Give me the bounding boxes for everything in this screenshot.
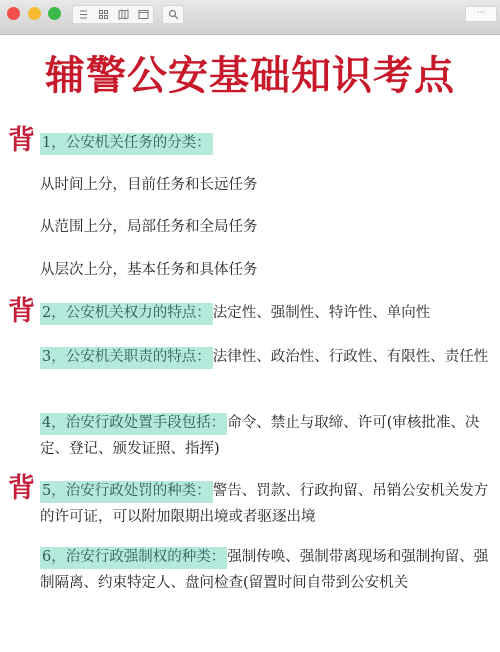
map-icon bbox=[118, 9, 129, 20]
search-icon bbox=[168, 9, 179, 20]
grid-view-button[interactable] bbox=[93, 6, 113, 23]
section-6: 6，治安行政强制权的种类：强制传唤、强制带离现场和强制拘留、强制隔离、约束特定人… bbox=[40, 544, 490, 596]
view-toggle-group bbox=[72, 5, 154, 24]
section-heading: 6，治安行政强制权的种类： bbox=[40, 547, 227, 569]
section-3: 3，公安机关职责的特点：法律性、政治性、行政性、有限性、责任性 bbox=[40, 344, 490, 370]
list-icon bbox=[78, 9, 89, 20]
map-view-button[interactable] bbox=[113, 6, 133, 23]
window-view-button[interactable] bbox=[133, 6, 153, 23]
section-body: 法律性、政治性、行政性、有限性、责任性 bbox=[213, 349, 489, 365]
memorize-marker: 背 bbox=[8, 474, 35, 504]
window-icon bbox=[138, 9, 149, 20]
maximize-window-button[interactable] bbox=[48, 7, 61, 20]
list-view-button[interactable] bbox=[73, 6, 93, 23]
section-body: 法定性、强制性、特许性、单向性 bbox=[213, 305, 431, 321]
more-options-button[interactable]: ··· bbox=[465, 6, 497, 22]
section-heading: 2，公安机关权力的特点： bbox=[40, 303, 213, 325]
list-item: 从范围上分，局部任务和全局任务 bbox=[40, 214, 258, 240]
page-title: 辅警公安基础知识考点 bbox=[0, 52, 500, 100]
list-item: 从层次上分，基本任务和具体任务 bbox=[40, 257, 258, 283]
search-group bbox=[162, 5, 184, 24]
minimize-window-button[interactable] bbox=[28, 7, 41, 20]
search-button[interactable] bbox=[163, 6, 183, 23]
memorize-marker: 背 bbox=[8, 297, 35, 327]
section-5: 5，治安行政处罚的种类：警告、罚款、行政拘留、吊销公安机关发方的许可证，可以附加… bbox=[40, 478, 490, 530]
grid-icon bbox=[98, 9, 109, 20]
section-2: 2，公安机关权力的特点：法定性、强制性、特许性、单向性 bbox=[40, 300, 490, 326]
list-item: 从时间上分，目前任务和长远任务 bbox=[40, 172, 258, 198]
section-heading: 5，治安行政处罚的种类： bbox=[40, 481, 213, 503]
memorize-marker: 背 bbox=[8, 126, 35, 156]
close-window-button[interactable] bbox=[7, 7, 20, 20]
window-titlebar: ··· bbox=[0, 0, 500, 35]
section-heading: 3，公安机关职责的特点： bbox=[40, 347, 213, 369]
section-4: 4，治安行政处置手段包括：命令、禁止与取缔、许可(审核批准、决定、登记、颁发证照… bbox=[40, 410, 490, 462]
section-heading: 1，公安机关任务的分类： bbox=[40, 133, 213, 155]
section-heading: 4，治安行政处置手段包括： bbox=[40, 413, 227, 435]
section-1: 1，公安机关任务的分类： bbox=[40, 130, 490, 156]
content-cutoff bbox=[0, 592, 500, 652]
